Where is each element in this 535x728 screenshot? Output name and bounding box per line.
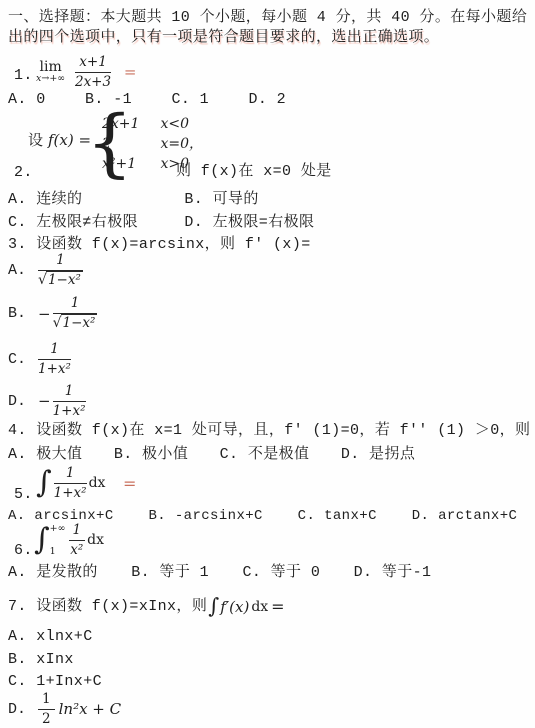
q5-numerator: 1 — [54, 466, 87, 484]
q1-option-d: D. 2 — [248, 91, 286, 108]
q3-option-d-label: D. — [8, 393, 26, 410]
q5-denominator: 1+x² — [54, 484, 87, 501]
question-1-options: A. 0 B. -1 C. 1 D. 2 — [8, 90, 316, 109]
q3-option-d-fraction: 1 1+x² — [53, 384, 86, 419]
radicand: 1−x² — [61, 314, 98, 331]
question-6-number: 6. — [14, 541, 33, 560]
question-1-formula: lim x→+∞ x+1 2x+3 = — [36, 55, 136, 90]
question-1-number: 1. — [14, 66, 33, 85]
q3-d-denominator: 1+x² — [53, 402, 86, 419]
q6-option-c: C. 等于 0 — [242, 564, 320, 581]
q1-fraction: x+1 2x+3 — [75, 55, 111, 90]
q5-option-b: B. -arcsinx+C — [148, 508, 262, 524]
question-2-options-cd: C. 左极限≠右极限 D. 左极限=右极限 — [8, 213, 314, 232]
section-header-line2: 出的四个选项中，只有一项是符合题目要求的，选出正确选项。 — [8, 28, 439, 47]
q4-option-b: B. 极小值 — [114, 446, 188, 463]
integral-sign: ∫ — [34, 525, 50, 555]
q7-d-denominator: 2 — [38, 710, 55, 727]
q2-tail-text: 则 f(x)在 x=0 处是 — [176, 162, 332, 181]
integral-lower-limit: 1 — [50, 547, 66, 557]
q7-stem-text: 7. 设函数 f(x)=xInx，则 — [8, 597, 207, 616]
q5-fraction: 1 1+x² — [54, 466, 87, 501]
radicand: 1−x² — [46, 271, 83, 288]
q7-option-d-label: D. — [8, 701, 26, 718]
case-2-condition: x=0， — [160, 136, 203, 152]
q3-a-numerator: 1 — [38, 253, 83, 271]
question-2-number: 2. — [14, 163, 33, 182]
question-5-number: 5. — [14, 485, 33, 504]
limit-subscript: x→+∞ — [36, 74, 65, 84]
limit-text: lim — [36, 60, 65, 75]
case-1-expression: 2x+1 — [102, 114, 156, 134]
q3-option-a: A. 1 √1−x² — [8, 253, 83, 288]
integral-sign: ∫ — [208, 596, 219, 617]
question-2-options-ab: A. 连续的 B. 可导的 — [8, 190, 259, 209]
q6-numerator: 1 — [69, 523, 86, 541]
case-row-2: 2 x=0， — [102, 134, 203, 154]
q3-option-b-label: B. — [8, 305, 26, 322]
q3-option-a-fraction: 1 √1−x² — [38, 253, 83, 288]
q3-d-numerator: 1 — [53, 384, 86, 402]
exam-document: 一、选择题：本大题共 10 个小题，每小题 4 分，共 40 分。在每小题给 出… — [0, 0, 535, 728]
question-7-stem: 7. 设函数 f(x)=xInx，则 ∫ f′(x) dx = — [8, 596, 285, 617]
q7-d-fraction: 1 2 — [38, 692, 55, 727]
q7-option-b: B. xInx — [8, 650, 74, 669]
q3-b-denominator: √1−x² — [53, 314, 98, 332]
q7-option-c: C. 1+Inx+C — [8, 672, 102, 691]
q1-option-c: C. 1 — [171, 91, 209, 108]
q7-integrand: f′(x) — [220, 598, 249, 616]
q3-c-numerator: 1 — [38, 342, 71, 360]
integral-limits: +∞1 — [50, 524, 66, 556]
q6-option-b: B. 等于 1 — [131, 564, 209, 581]
q1-numerator: x+1 — [75, 55, 111, 73]
q2-option-a: A. 连续的 — [8, 190, 175, 209]
case-1-condition: x<0 — [160, 116, 189, 132]
q7-option-a: A. xlnx+C — [8, 627, 93, 646]
q5-option-d: D. arctanx+C — [412, 508, 518, 524]
q1-option-a: A. 0 — [8, 91, 46, 108]
question-4-stem: 4. 设函数 f(x)在 x=1 处可导，且，f′ (1)=0，若 f′′ (1… — [8, 421, 535, 440]
q4-option-c: C. 不是极值 — [220, 446, 310, 463]
q3-option-c-label: C. — [8, 351, 26, 368]
q3-a-denominator: √1−x² — [38, 271, 83, 289]
dx-differential: dx — [87, 532, 104, 548]
q2-lead-text: 设 — [28, 132, 43, 151]
q2-function-name: f(x) = — [48, 131, 91, 149]
case-2-expression: 2 — [102, 134, 156, 154]
q3-option-b: B. − 1 √1−x² — [8, 296, 97, 331]
question-6-options: A. 是发散的 B. 等于 1 C. 等于 0 D. 等于-1 — [8, 563, 455, 582]
q7-d-expression: ln²x + C — [59, 700, 122, 718]
question-5-formula: ∫ 1 1+x² dx = — [36, 466, 136, 501]
q7-option-d: D. 1 2 ln²x + C — [8, 692, 121, 727]
q2-option-c: C. 左极限≠右极限 — [8, 213, 175, 232]
equals-sign: = — [123, 474, 136, 493]
question-4-options: A. 极大值 B. 极小值 C. 不是极值 D. 是拐点 — [8, 445, 437, 464]
q2-option-d: D. 左极限=右极限 — [184, 214, 314, 231]
q2-option-b: B. 可导的 — [184, 191, 258, 208]
q3-option-d: D. − 1 1+x² — [8, 384, 86, 419]
question-6-formula: ∫+∞1 1 x² dx — [34, 523, 104, 558]
q6-option-a: A. 是发散的 — [8, 564, 98, 581]
minus-sign: − — [38, 392, 51, 410]
integral-upper-limit: +∞ — [50, 524, 66, 534]
equals-sign: = — [271, 597, 284, 616]
q3-option-c: C. 1 1+x² — [8, 342, 71, 377]
q3-b-numerator: 1 — [53, 296, 98, 314]
integral-sign: ∫ — [36, 468, 52, 498]
section-header-line1: 一、选择题：本大题共 10 个小题，每小题 4 分，共 40 分。在每小题给 — [8, 8, 527, 27]
q6-fraction: 1 x² — [69, 523, 86, 558]
q4-option-a: A. 极大值 — [8, 446, 82, 463]
q1-denominator: 2x+3 — [75, 73, 111, 90]
q3-option-a-label: A. — [8, 262, 26, 279]
q5-option-c: C. tanx+C — [298, 508, 377, 524]
dx-differential: dx — [89, 475, 106, 491]
limit-operator: lim x→+∞ — [36, 60, 65, 85]
q4-option-d: D. 是拐点 — [341, 446, 415, 463]
q6-option-d: D. 等于-1 — [354, 564, 432, 581]
q3-option-b-fraction: 1 √1−x² — [53, 296, 98, 331]
minus-sign: − — [38, 305, 51, 323]
q3-option-c-fraction: 1 1+x² — [38, 342, 71, 377]
question-3-stem: 3. 设函数 f(x)=arcsinx，则 f′ (x)= — [8, 235, 311, 254]
dx-differential: dx — [251, 599, 268, 615]
q6-denominator: x² — [69, 541, 86, 558]
case-row-1: 2x+1 x<0 — [102, 114, 203, 134]
q5-option-a: A. arcsinx+C — [8, 508, 114, 524]
q7-d-numerator: 1 — [38, 692, 55, 710]
q3-c-denominator: 1+x² — [38, 360, 71, 377]
case-3-expression: x²+1 — [102, 154, 156, 174]
equals-sign: = — [124, 63, 137, 81]
